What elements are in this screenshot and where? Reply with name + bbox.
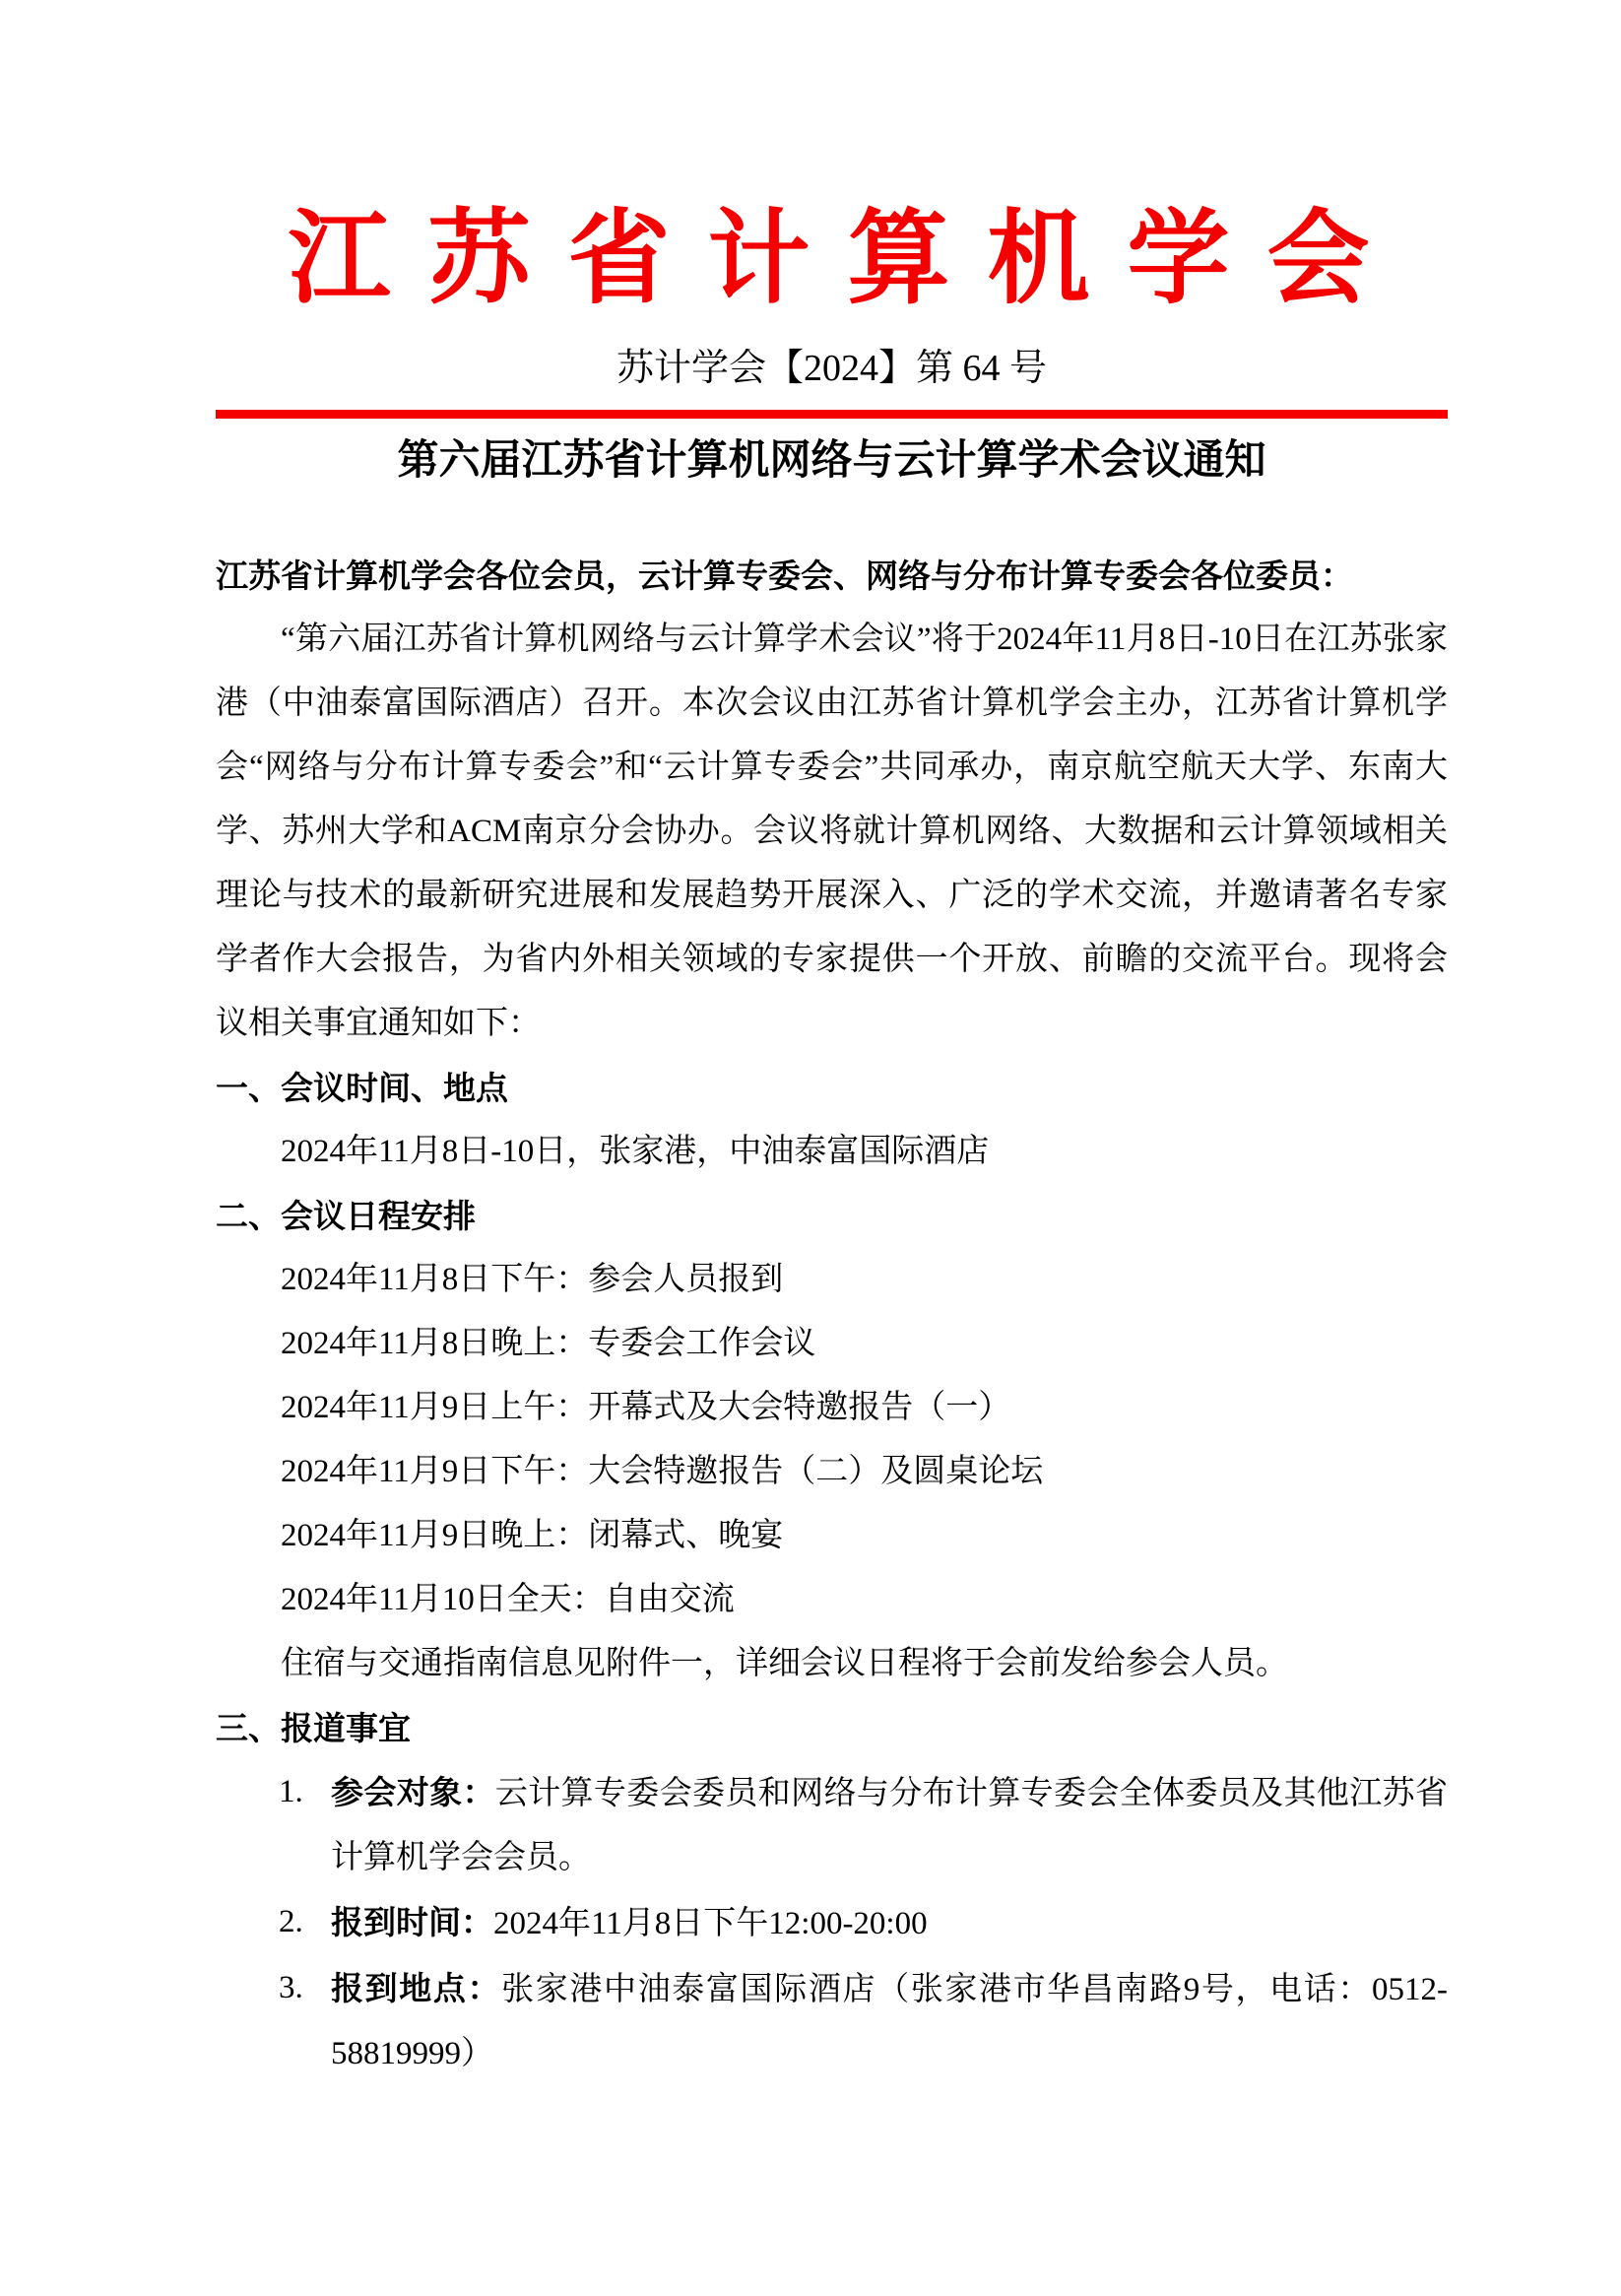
org-masthead-title: 江 苏 省 计 算 机 学 会 bbox=[216, 209, 1448, 311]
schedule-line: 2024年11月9日下午：大会特邀报告（二）及圆桌论坛 bbox=[216, 1440, 1448, 1504]
document-page: 江 苏 省 计 算 机 学 会 苏计学会【2024】第 64 号 第六届江苏省计… bbox=[0, 0, 1621, 2296]
item-text: 云计算专委会委员和网络与分布计算专委会全体委员及其他江苏省计算机学会会员。 bbox=[331, 1776, 1448, 1875]
document-body: 江苏省计算机学会各位会员，云计算专委会、网络与分布计算专委会各位委员： “第六届… bbox=[216, 544, 1448, 2086]
page-content: 江 苏 省 计 算 机 学 会 苏计学会【2024】第 64 号 第六届江苏省计… bbox=[0, 209, 1621, 2086]
numbered-item: 2. 报到时间：2024年11月8日下午12:00-20:00 bbox=[216, 1890, 1448, 1956]
numbered-item: 1. 参会对象：云计算专委会委员和网络与分布计算专委会全体委员及其他江苏省计算机… bbox=[216, 1760, 1448, 1890]
red-divider-rule bbox=[216, 410, 1448, 419]
item-number: 1. bbox=[279, 1760, 331, 1890]
schedule-line: 2024年11月9日上午：开幕式及大会特邀报告（一） bbox=[216, 1376, 1448, 1440]
schedule-note: 住宿与交通指南信息见附件一，详细会议日程将于会前发给参会人员。 bbox=[216, 1632, 1448, 1696]
item-number: 3. bbox=[279, 1956, 331, 2086]
schedule-line: 2024年11月8日晚上：专委会工作会议 bbox=[216, 1312, 1448, 1376]
item-body: 参会对象：云计算专委会委员和网络与分布计算专委会全体委员及其他江苏省计算机学会会… bbox=[331, 1760, 1448, 1890]
registration-list: 1. 参会对象：云计算专委会委员和网络与分布计算专委会全体委员及其他江苏省计算机… bbox=[216, 1760, 1448, 2086]
schedule-line: 2024年11月8日下午：参会人员报到 bbox=[216, 1248, 1448, 1312]
section-heading-3: 三、报道事宜 bbox=[216, 1696, 1448, 1760]
salutation-line: 江苏省计算机学会各位会员，云计算专委会、网络与分布计算专委会各位委员： bbox=[216, 544, 1448, 608]
schedule-line: 2024年11月10日全天：自由交流 bbox=[216, 1568, 1448, 1632]
doc-number: 苏计学会【2024】第 64 号 bbox=[216, 345, 1448, 392]
section-heading-2: 二、会议日程安排 bbox=[216, 1184, 1448, 1248]
intro-paragraph: “第六届江苏省计算机网络与云计算学术会议”将于2024年11月8日-10日在江苏… bbox=[216, 608, 1448, 1056]
item-text: 2024年11月8日下午12:00-20:00 bbox=[493, 1906, 928, 1941]
item-label: 报到时间： bbox=[331, 1904, 493, 1940]
section-heading-1: 一、会议时间、地点 bbox=[216, 1056, 1448, 1120]
section-1-line: 2024年11月8日-10日，张家港，中油泰富国际酒店 bbox=[216, 1120, 1448, 1184]
item-label: 参会对象： bbox=[331, 1774, 495, 1810]
notice-title: 第六届江苏省计算机网络与云计算学术会议通知 bbox=[216, 431, 1448, 489]
numbered-item: 3. 报到地点：张家港中油泰富国际酒店（张家港市华昌南路9号，电话：0512-5… bbox=[216, 1956, 1448, 2086]
item-body: 报到时间：2024年11月8日下午12:00-20:00 bbox=[331, 1890, 1448, 1956]
item-body: 报到地点：张家港中油泰富国际酒店（张家港市华昌南路9号，电话：0512-5881… bbox=[331, 1956, 1448, 2086]
item-label: 报到地点： bbox=[331, 1970, 501, 2006]
item-number: 2. bbox=[279, 1890, 331, 1956]
schedule-line: 2024年11月9日晚上：闭幕式、晚宴 bbox=[216, 1504, 1448, 1568]
